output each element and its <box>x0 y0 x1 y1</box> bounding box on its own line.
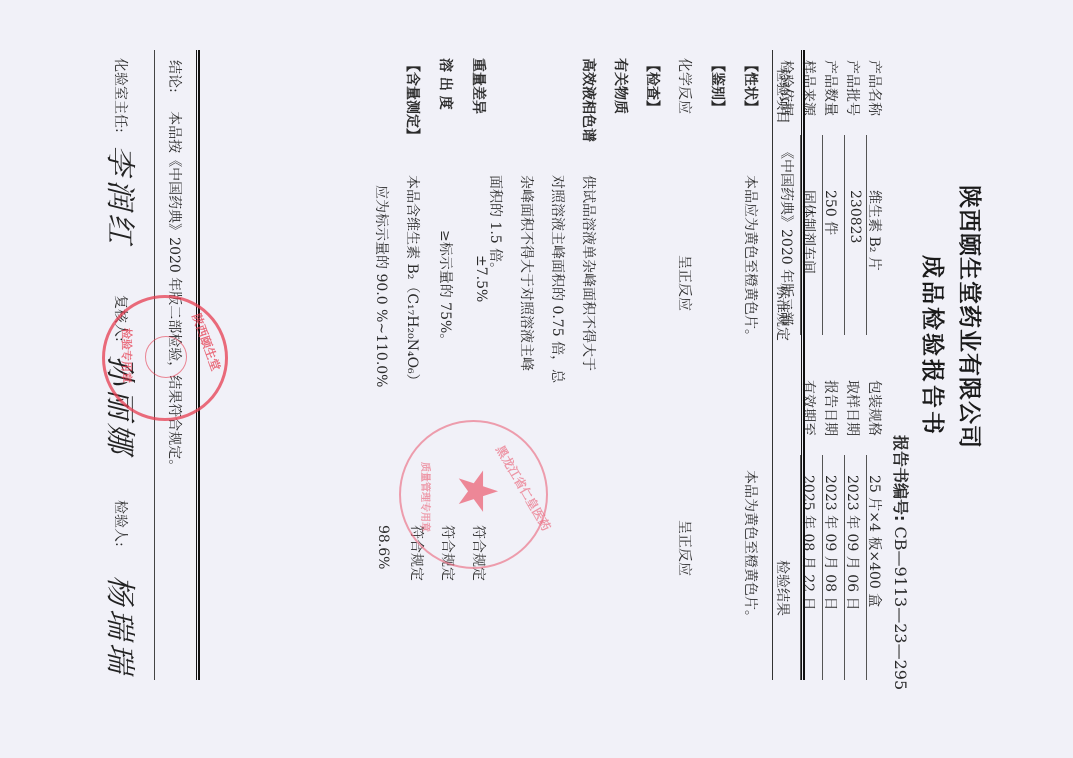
info-underline <box>822 455 823 680</box>
row-result: 本品为黄色至橙黄色片。 <box>741 470 761 624</box>
row-standard-line: 本品含维生素 B₂（C₁₇H₂₀N₄O₆） <box>403 175 423 388</box>
header-standard: 标准规定 <box>773 285 793 341</box>
inspector-signature: 杨瑞瑞 <box>101 575 145 677</box>
info-value: 维生素 B₂ 片 <box>865 190 885 271</box>
info-value: 2023 年 09 月 06 日 <box>843 475 863 611</box>
row-item: 【含量测定】 <box>403 58 423 142</box>
row-item: 有关物质 <box>611 58 631 114</box>
conclusion-label: 结论: <box>166 60 182 93</box>
row-item: 重量差异 <box>469 58 489 114</box>
inspection-report-page: 陕西颐生堂药业有限公司 成品检验报告书 报告书编号: CB—9113—23—29… <box>0 0 1073 758</box>
info-underline <box>866 135 867 335</box>
row-item: 【鉴别】 <box>708 58 728 114</box>
row-standard-line: 对照溶液主峰面积的 0.75 倍，总 <box>548 175 568 383</box>
info-label: 产品批号 <box>843 60 863 116</box>
info-label: 报告日期 <box>821 380 841 436</box>
info-value: 25 片×4 板×400 盒 <box>865 475 885 607</box>
row-item: 化学反应 <box>675 58 695 114</box>
report-number-label: 报告书编号: <box>891 435 910 521</box>
info-underline <box>844 135 845 335</box>
info-value: 2023 年 09 月 08 日 <box>821 475 841 611</box>
company-seal-stamp: 陕西颐生堂 检验专用章 <box>102 295 228 421</box>
info-label: 产品名称 <box>865 60 885 116</box>
row-standard-line: 面积的 1.5 倍。 <box>486 175 506 276</box>
external-seal-stamp: ★ 黑龙江省仁皇医药 质量管理专用章 <box>399 420 548 569</box>
header-result: 检验结果 <box>773 560 793 616</box>
header-item: 检验项目 <box>773 68 793 124</box>
company-seal-subtext: 检验专用章 <box>119 328 135 383</box>
row-standard-line: 杂峰面积不得大于对照溶液主峰 <box>517 175 537 371</box>
row-standard-line: 本品应为黄色至橙黄色片。 <box>741 175 761 343</box>
row-item: 高效液相色谱 <box>579 58 599 142</box>
row-item: 溶 出 度 <box>436 58 456 110</box>
row-standard-line: 呈正反应 <box>675 255 695 311</box>
info-underline <box>866 455 867 680</box>
info-label: 产品数量 <box>821 60 841 116</box>
info-value: 250 件 <box>821 190 841 235</box>
table-top-rule <box>801 50 805 680</box>
info-label: 包装规格 <box>865 380 885 436</box>
row-standard-line: 应为标示量的 90.0 %~110.0% <box>372 185 392 388</box>
row-result: 98.6% <box>375 525 391 569</box>
row-standard-line: 供试品溶液单杂峰面积不得大于 <box>579 175 599 371</box>
inspector-label: 检验人: <box>111 500 131 547</box>
star-icon: ★ <box>450 467 504 515</box>
report-number: 报告书编号: CB—9113—23—295 <box>890 435 913 690</box>
lab-director-signature: 李润红 <box>101 145 145 247</box>
company-seal-text: 陕西颐生堂 <box>188 311 225 373</box>
report-title: 成品检验报告书 <box>918 255 951 437</box>
company-name: 陕西颐生堂药业有限公司 <box>955 185 988 449</box>
header-rule <box>772 50 773 680</box>
seal-emblem <box>145 336 187 378</box>
row-standard-line: ≥标示量的 75%。 <box>436 230 456 347</box>
info-value: 230823 <box>847 190 863 243</box>
info-underline <box>844 455 845 680</box>
report-number-value: CB—9113—23—295 <box>891 527 910 691</box>
row-result: 呈正反应 <box>675 520 695 576</box>
row-item: 【性状】 <box>741 58 761 114</box>
row-item: 【检查】 <box>643 58 663 114</box>
external-seal-subtext: 质量管理专用章 <box>419 462 434 532</box>
row-standard-line: ±7.5% <box>473 255 489 302</box>
info-label: 取样日期 <box>843 380 863 436</box>
info-underline <box>822 135 823 335</box>
lab-director-label: 化验室主任: <box>111 58 131 133</box>
